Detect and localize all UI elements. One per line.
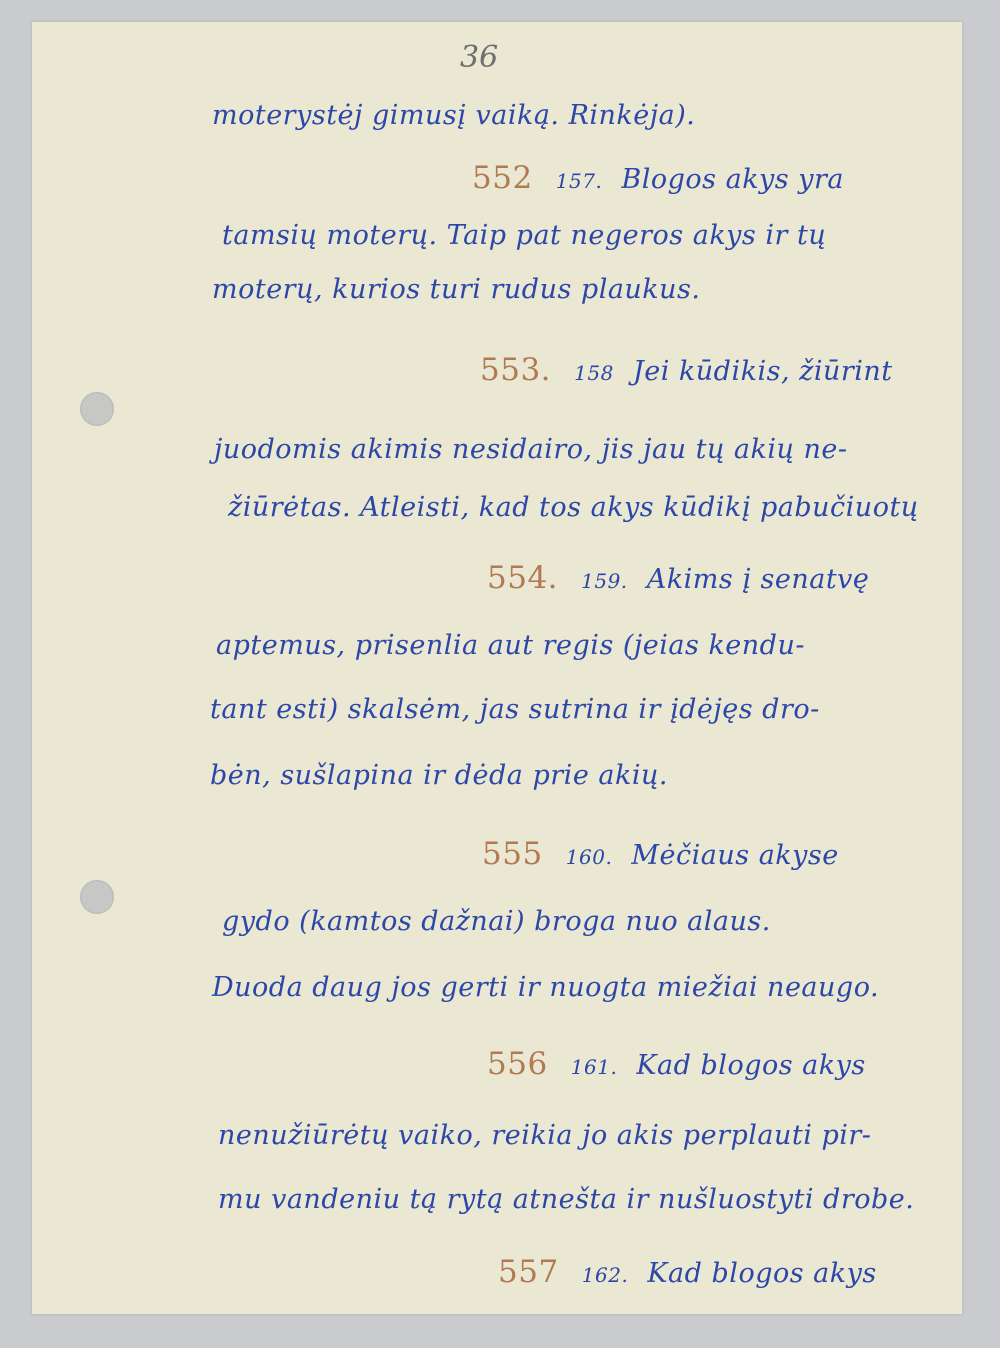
entry-number: 553. xyxy=(480,352,551,388)
entry-554: 554. 159. Akims į senatvę xyxy=(487,560,869,596)
entry-number: 552 xyxy=(472,160,533,196)
text-line: tamsių moterų. Taip pat negeros akys ir … xyxy=(222,220,826,251)
entry-556: 556 161. Kad blogos akys xyxy=(487,1046,866,1082)
old-number: 159. xyxy=(581,569,628,593)
text-line: žiūrėtas. Atleisti, kad tos akys kūdikį … xyxy=(228,492,919,523)
punch-hole-bottom xyxy=(80,880,114,914)
text-line: moterų, kurios turi rudus plaukus. xyxy=(212,274,701,305)
text-line: bėn, sušlapina ir dėda prie akių. xyxy=(210,760,668,791)
old-number: 158 xyxy=(574,361,614,385)
text-line: nenužiūrėtų vaiko, reikia jo akis perpla… xyxy=(218,1120,871,1151)
text-line: aptemus, prisenlia aut regis (jeias kend… xyxy=(216,630,805,661)
entry-number: 556 xyxy=(487,1046,548,1082)
entry-555: 555 160. Mėčiaus akyse xyxy=(482,836,839,872)
text-line: juodomis akimis nesidairo, jis jau tų ak… xyxy=(214,434,847,465)
entry-553: 553. 158 Jei kūdikis, žiūrint xyxy=(480,352,893,388)
text-line: Duoda daug jos gerti ir nuogta miežiai n… xyxy=(212,972,879,1003)
text-line: tant esti) skalsėm, jas sutrina ir įdėję… xyxy=(210,694,820,725)
entry-number: 555 xyxy=(482,836,543,872)
page-number: 36 xyxy=(460,40,498,75)
old-number: 161. xyxy=(571,1055,618,1079)
old-number: 162. xyxy=(582,1263,629,1287)
old-number: 157. xyxy=(556,169,603,193)
text-line: mu vandeniu tą rytą atnešta ir nušluosty… xyxy=(218,1184,914,1215)
old-number: 160. xyxy=(566,845,613,869)
text-line: moterystėj gimusį vaiką. Rinkėja). xyxy=(212,100,695,131)
text-line: gydo (kamtos dažnai) broga nuo alaus. xyxy=(222,906,771,937)
entry-number: 554. xyxy=(487,560,558,596)
punch-hole-top xyxy=(80,392,114,426)
entry-552: 552 157. Blogos akys yra xyxy=(472,160,844,196)
manuscript-page: 36 moterystėj gimusį vaiką. Rinkėja). 55… xyxy=(32,22,962,1314)
entry-number: 557 xyxy=(498,1254,559,1290)
entry-557: 557 162. Kad blogos akys xyxy=(498,1254,877,1290)
